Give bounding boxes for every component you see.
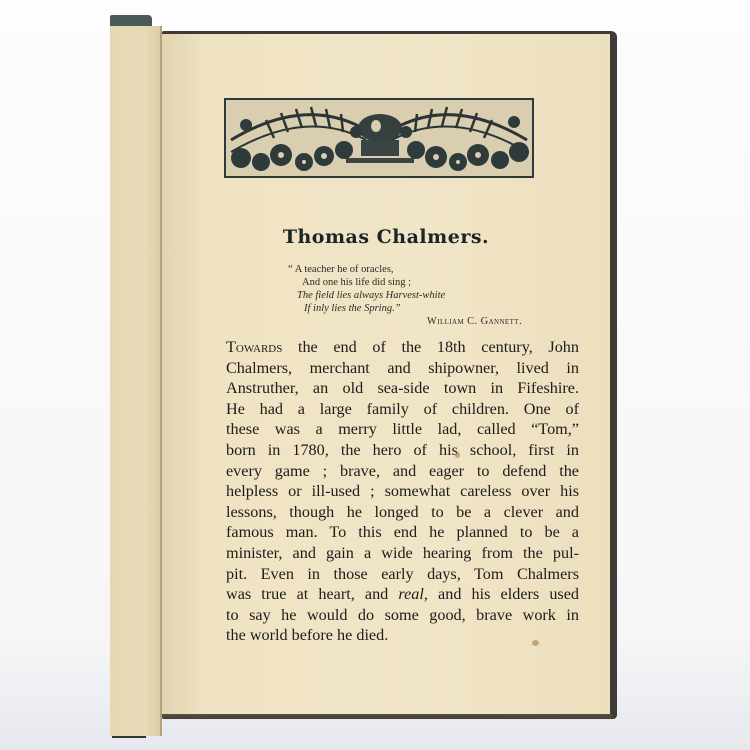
text-line: lessons, though he longed to be a clever…	[226, 502, 579, 523]
text-line: Anstruther, an old sea-side town in Fife…	[226, 378, 579, 399]
chapter-title: Thomas Chalmers.	[162, 226, 610, 248]
text-line: famous man. To this end he planned to be…	[226, 522, 579, 543]
page-shadow	[162, 714, 612, 720]
text-line: helpless or ill-used ; somewhat careless…	[226, 481, 579, 502]
epigraph: “ A teacher he of oracles, And one his l…	[282, 263, 522, 328]
book-photo: Thomas Chalmers. “ A teacher he of oracl…	[0, 0, 750, 750]
text-line: these was a merry little lad, called “To…	[226, 419, 579, 440]
text-line: to say he would do some good, brave work…	[226, 605, 579, 626]
book-page: Thomas Chalmers. “ A teacher he of oracl…	[162, 34, 610, 714]
floral-headpiece-ornament	[224, 98, 534, 178]
emphasis: real	[398, 585, 423, 603]
text-line: Towards the end of the 18th century, Joh…	[226, 337, 579, 358]
drop-word: Towards	[226, 338, 282, 356]
text-line: He had a large family of children. One o…	[226, 399, 579, 420]
epigraph-attribution: William C. Gannett.	[282, 315, 522, 328]
foxing-spot	[532, 640, 539, 646]
epigraph-line: “ A teacher he of oracles,	[282, 263, 522, 276]
text-line: the world before he died.	[226, 625, 579, 646]
text-line: born in 1780, the hero of his school, fi…	[226, 440, 579, 461]
epigraph-line: The field lies always Harvest-white	[282, 289, 522, 302]
epigraph-line: If inly lies the Spring.”	[282, 302, 522, 315]
text-line: minister, and gain a wide hearing from t…	[226, 543, 579, 564]
text-line: was true at heart, and real, and his eld…	[226, 584, 579, 605]
left-page-edge	[110, 26, 162, 736]
text-line: every game ; brave, and eager to defend …	[226, 461, 579, 482]
body-paragraph: Towards the end of the 18th century, Joh…	[226, 337, 579, 646]
text-line: Chalmers, merchant and shipowner, lived …	[226, 358, 579, 379]
text-line: pit. Even in those early days, Tom Chalm…	[226, 564, 579, 585]
foxing-spot	[455, 452, 460, 458]
epigraph-line: And one his life did sing ;	[282, 276, 522, 289]
